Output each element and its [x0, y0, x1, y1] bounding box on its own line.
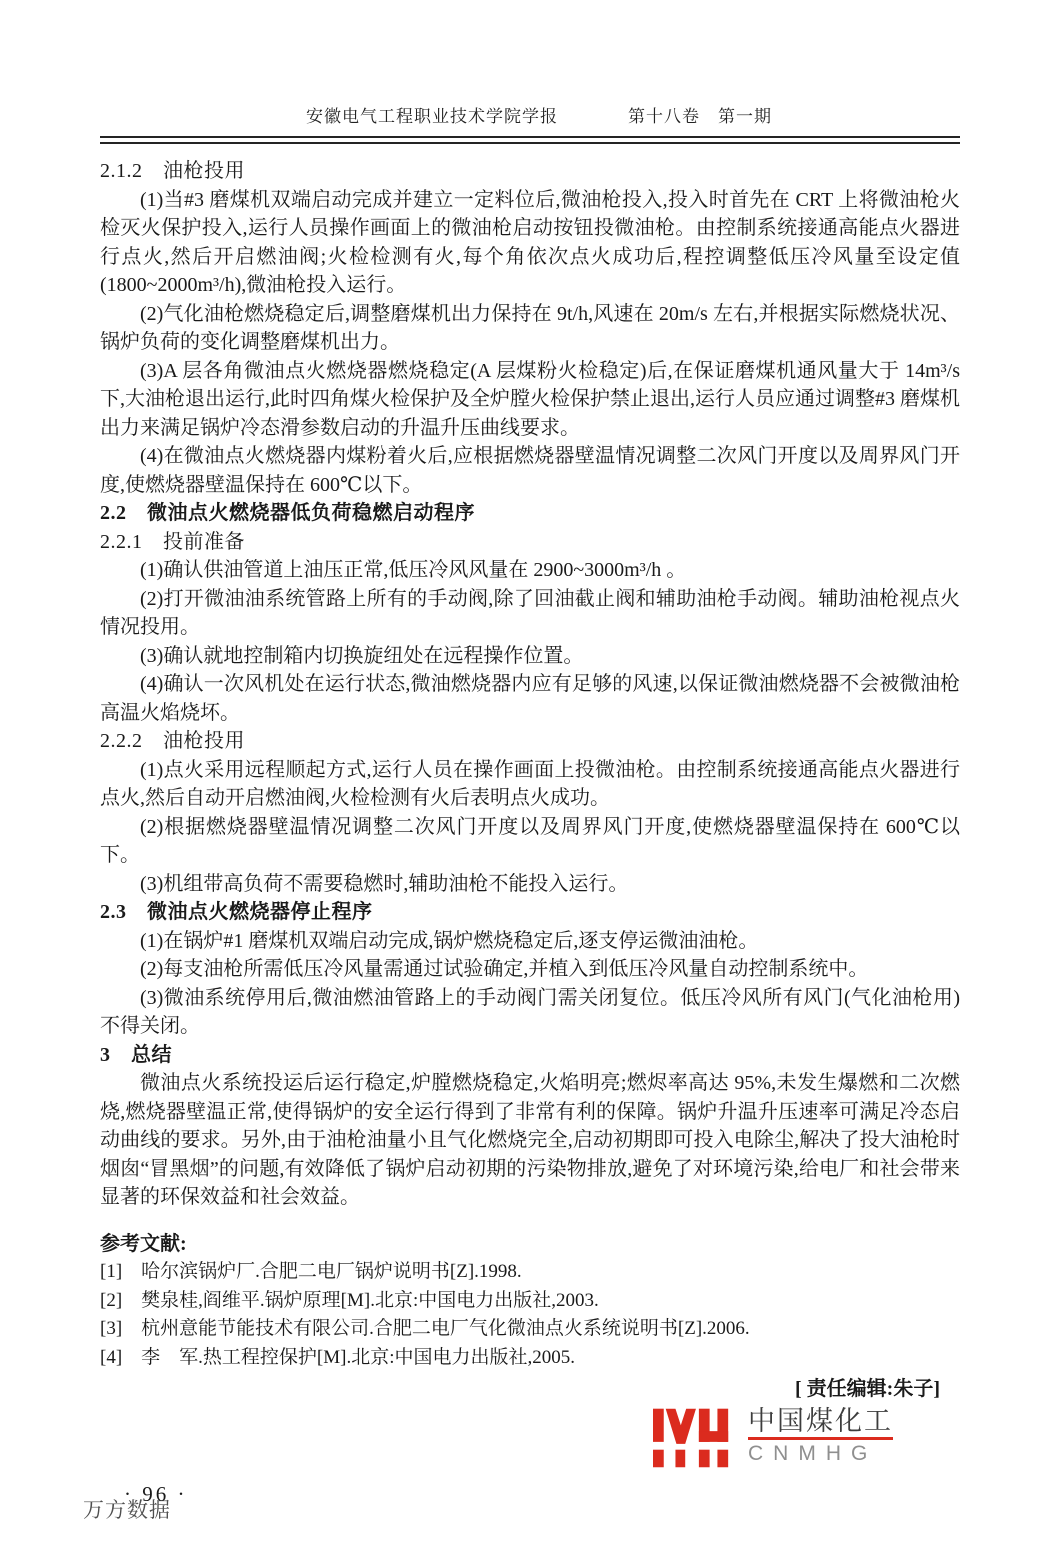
body-paragraph: (3)机组带高负荷不需要稳燃时,辅助油枪不能投入运行。	[100, 870, 960, 899]
issue-info: 第十八卷 第一期	[628, 106, 772, 128]
wanfang-watermark: 万方数据	[83, 1494, 171, 1524]
subsection-heading: 2.2.2 油枪投用	[100, 727, 960, 756]
body-paragraph: (3)A 层各角微油点火燃烧器燃烧稳定(A 层煤粉火检稳定)后,在保证磨煤机通风…	[100, 357, 960, 443]
reference-item: [2] 樊泉桂,阎维平.锅炉原理[M].北京:中国电力出版社,2003.	[100, 1287, 960, 1316]
body-paragraph: (1)确认供油管道上油压正常,低压冷风风量在 2900~3000m³/h 。	[100, 556, 960, 585]
page-number: · 96 ·	[124, 1482, 960, 1507]
body-paragraph: (2)每支油枪所需低压冷风量需通过试验确定,并植入到低压冷风量自动控制系统中。	[100, 955, 960, 984]
body-paragraph: 微油点火系统投运后运行稳定,炉膛燃烧稳定,火焰明亮;燃烬率高达 95%,未发生爆…	[100, 1069, 960, 1212]
journal-page: 安徽电气工程职业技术学院学报 第十八卷 第一期 2.1.2 油枪投用(1)当#3…	[0, 0, 1052, 1547]
running-head: 安徽电气工程职业技术学院学报 第十八卷 第一期	[100, 106, 960, 128]
subsection-heading: 2.1.2 油枪投用	[100, 157, 960, 186]
cnmhg-logo-text: 中国煤化工 CNMHG	[748, 1406, 893, 1467]
section-heading: 3 总结	[100, 1041, 960, 1070]
section-heading: 2.3 微油点火燃烧器停止程序	[100, 898, 960, 927]
reference-item: [4] 李 军.热工程控保护[M].北京:中国电力出版社,2005.	[100, 1344, 960, 1373]
body-paragraph: (2)气化油枪燃烧稳定后,调整磨煤机出力保持在 9t/h,风速在 20m/s 左…	[100, 300, 960, 357]
cnmhg-logo: 中国煤化工 CNMHG	[653, 1406, 960, 1468]
journal-title: 安徽电气工程职业技术学院学报	[306, 106, 558, 128]
body-paragraph: (2)根据燃烧器壁温情况调整二次风门开度以及周界风门开度,使燃烧器壁温保持在 6…	[100, 813, 960, 870]
reference-item: [3] 杭州意能节能技术有限公司.合肥二电厂气化微油点火系统说明书[Z].200…	[100, 1315, 960, 1344]
body-paragraph: (4)确认一次风机处在运行状态,微油燃烧器内应有足够的风速,以保证微油燃烧器不会…	[100, 670, 960, 727]
body-paragraph: (3)微油系统停用后,微油燃油管路上的手动阀门需关闭复位。低压冷风所有风门(气化…	[100, 984, 960, 1041]
body-paragraph: (3)确认就地控制箱内切换旋纽处在远程操作位置。	[100, 642, 960, 671]
cnmhg-monogram-icon	[653, 1406, 735, 1468]
editor-note: [ 责任编辑:朱子]	[795, 1378, 940, 1400]
logo-latin-name: CNMHG	[748, 1441, 893, 1467]
logo-underline	[748, 1437, 893, 1440]
editor-note-line: [ 责任编辑:朱子]	[100, 1376, 960, 1402]
body-paragraph: (1)当#3 磨煤机双端启动完成并建立一定料位后,微油枪投入,投入时首先在 CR…	[100, 186, 960, 300]
header-double-rule	[100, 136, 960, 144]
body-paragraph: (1)点火采用远程顺起方式,运行人员在操作画面上投微油枪。由控制系统接通高能点火…	[100, 756, 960, 813]
body-paragraph: (1)在锅炉#1 磨煤机双端启动完成,锅炉燃烧稳定后,逐支停运微油油枪。	[100, 927, 960, 956]
body-paragraph: (2)打开微油油系统管路上所有的手动阀,除了回油截止阀和辅助油枪手动阀。辅助油枪…	[100, 585, 960, 642]
references-heading: 参考文献:	[100, 1230, 960, 1259]
article-body: 2.1.2 油枪投用(1)当#3 磨煤机双端启动完成并建立一定料位后,微油枪投入…	[100, 157, 960, 1372]
section-heading: 2.2 微油点火燃烧器低负荷稳燃启动程序	[100, 499, 960, 528]
reference-item: [1] 哈尔滨锅炉厂.合肥二电厂锅炉说明书[Z].1998.	[100, 1258, 960, 1287]
body-paragraph: (4)在微油点火燃烧器内煤粉着火后,应根据燃烧器壁温情况调整二次风门开度以及周界…	[100, 442, 960, 499]
logo-chinese-name: 中国煤化工	[748, 1406, 893, 1436]
subsection-heading: 2.2.1 投前准备	[100, 528, 960, 557]
